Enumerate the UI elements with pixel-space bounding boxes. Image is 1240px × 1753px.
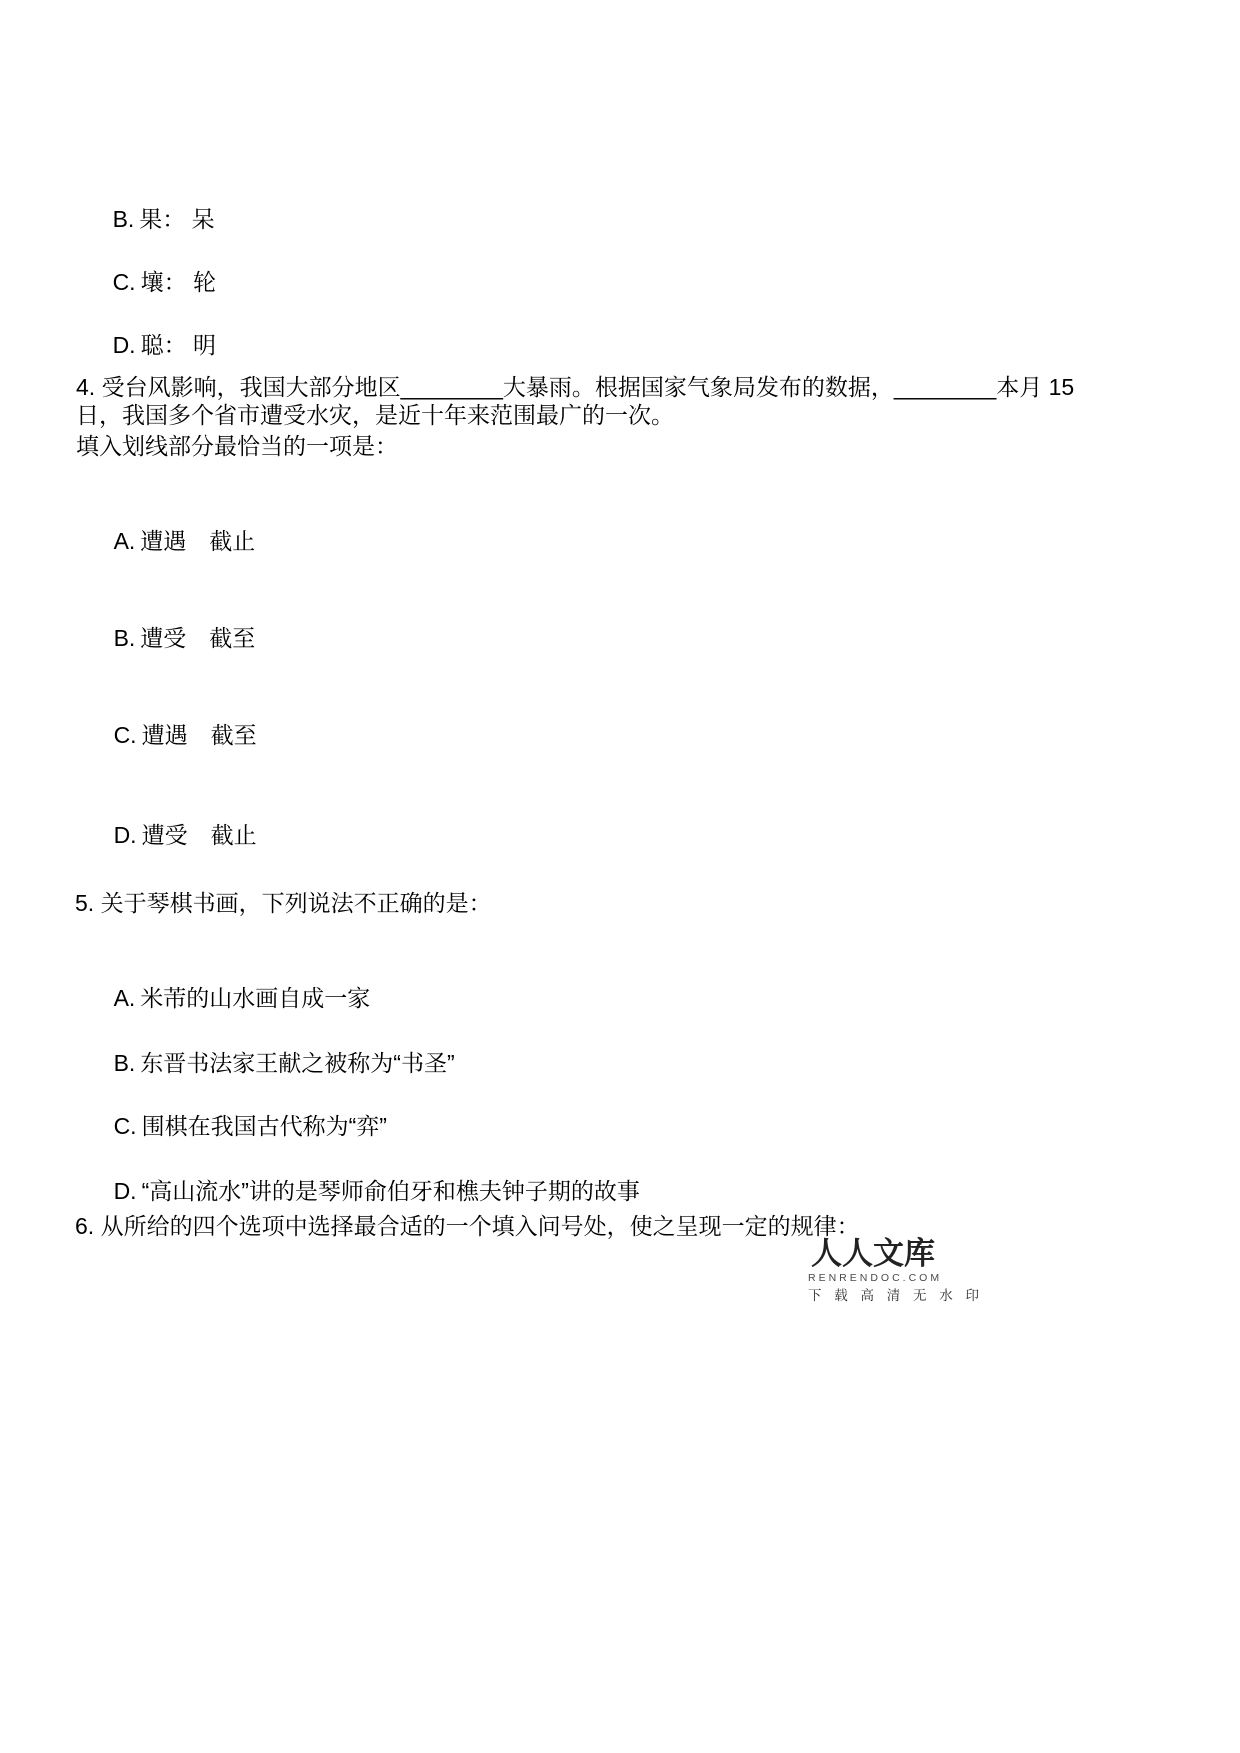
option-label: B. (113, 204, 135, 234)
option-text: 遭受 截至 (140, 625, 255, 651)
question-4-prompt: 填入划线部分最恰当的一项是： (76, 431, 398, 461)
option-label: A. (114, 526, 136, 556)
watermark-brand: 人人文库 (808, 1238, 938, 1270)
option-label: C. (113, 267, 136, 297)
question-4-option-c: C.遭遇 截至 (88, 690, 257, 780)
option-text: 遭遇 截止 (140, 528, 255, 554)
option-label: B. (114, 1048, 136, 1078)
option-text: 围棋在我国古代称为“弈” (142, 1113, 387, 1139)
document-page: B.果： 呆 C.壤： 轮 D.聪： 明 4. 受台风影响，我国大部分地区___… (0, 0, 1240, 1753)
watermark-domain: RENRENDOC.COM (808, 1272, 938, 1285)
question-5-stem: 5. 关于琴棋书画，下列说法不正确的是： (75, 888, 492, 918)
option-text: 遭受 截止 (142, 822, 257, 848)
question-4-stem-line2: 日，我国多个省市遭受水灾，是近十年来范围最广的一次。 (76, 400, 674, 430)
option-text: 果： 呆 (139, 206, 214, 232)
watermark-tagline: 下 载 高 清 无 水 印 (808, 1288, 938, 1304)
option-label: D. (114, 1176, 137, 1206)
question-6-stem: 6. 从所给的四个选项中选择最合适的一个填入问号处，使之呈现一定的规律： (75, 1211, 860, 1241)
option-label: D. (113, 330, 136, 360)
option-label: B. (114, 623, 136, 653)
option-text: 米芾的山水画自成一家 (140, 985, 370, 1011)
option-text: 东晋书法家王献之被称为“书圣” (140, 1050, 454, 1076)
question-4-stem-line1: 4. 受台风影响，我国大部分地区________大暴雨。根据国家气象局发布的数据… (76, 372, 1074, 402)
option-label: C. (114, 1111, 137, 1141)
option-text: 遭遇 截至 (142, 722, 257, 748)
option-label: A. (114, 983, 136, 1013)
option-label: C. (114, 720, 137, 750)
watermark: 人人文库 RENRENDOC.COM 下 载 高 清 无 水 印 (808, 1238, 938, 1304)
question-4-option-a: A.遭遇 截止 (88, 496, 255, 586)
option-text: “高山流水”讲的是琴师俞伯牙和樵夫钟子期的故事 (142, 1178, 640, 1204)
question-4-option-b: B.遭受 截至 (88, 593, 255, 683)
option-text: 壤： 轮 (141, 269, 216, 295)
option-text: 聪： 明 (141, 332, 216, 358)
question-4-option-d: D.遭受 截止 (88, 790, 257, 880)
option-label: D. (114, 820, 137, 850)
